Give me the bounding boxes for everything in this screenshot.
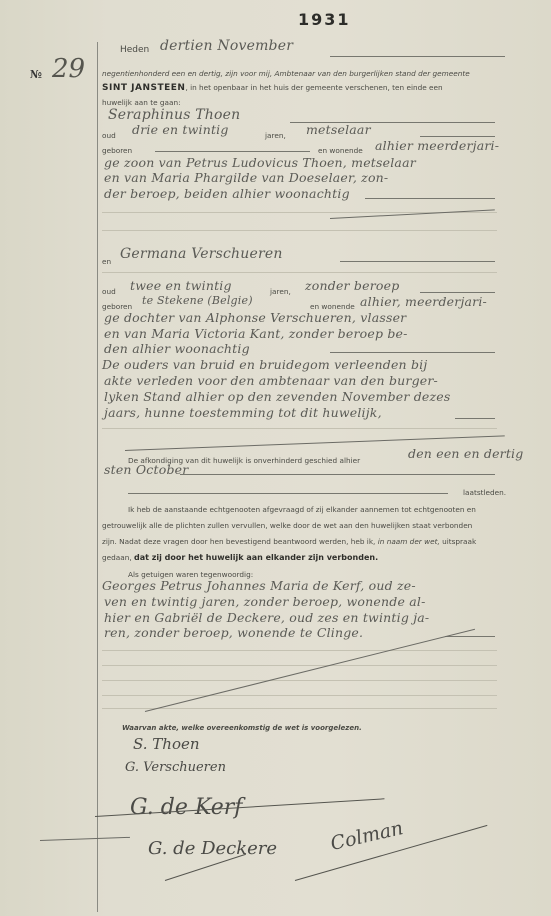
fill-line — [180, 474, 495, 475]
groom-jaren-label: jaren, — [265, 131, 286, 140]
header-line-2: SINT JANSTEEN, in het openbaar in het hu… — [102, 83, 443, 93]
bride-oud-label: oud — [102, 287, 116, 296]
bride-jaren-label: jaren, — [270, 287, 291, 296]
consent-line-2: akte verleden voor den ambtenaar van den… — [104, 373, 438, 388]
fill-line — [420, 292, 495, 293]
declaration-line-4-bold: dat zij door het huwelijk aan elkander z… — [134, 553, 378, 562]
fill-line — [128, 493, 448, 494]
date-handwritten: dertien November — [160, 38, 293, 54]
groom-oud-label: oud — [102, 131, 116, 140]
act-number-value: 29 — [52, 54, 85, 84]
declaration-line-3-italic: in naam der wet, — [378, 537, 440, 546]
consent-line-4: jaars, hunne toestemming tot dit huwelij… — [104, 405, 382, 420]
fill-line — [330, 56, 505, 57]
consent-line-3: lyken Stand alhier op den zevenden Novem… — [104, 389, 451, 404]
groom-wonende-label: en wonende — [318, 146, 363, 155]
fill-line — [330, 352, 495, 353]
declaration-line-3: zijn. Nadat deze vragen door hen bevesti… — [102, 537, 476, 546]
laatstleden-label: laatstleden. — [463, 488, 506, 497]
witness-line-1: Georges Petrus Johannes Maria de Kerf, o… — [102, 578, 416, 593]
declaration-line-4a: gedaan, — [102, 553, 132, 562]
groom-residence-1: alhier meerderjari- — [375, 138, 499, 153]
groom-occupation: metselaar — [306, 122, 371, 137]
rule — [102, 650, 497, 651]
cancel-stroke — [145, 629, 475, 712]
bride-residence-4: den alhier woonachtig — [104, 341, 250, 356]
declaration-line-3b: uitspraak — [442, 537, 476, 546]
rule — [102, 665, 497, 666]
act-number: № 29 — [30, 66, 42, 82]
rule — [102, 230, 497, 231]
bride-en-label: en — [102, 257, 111, 266]
declaration-line-3a: zijn. Nadat deze vragen door hen bevesti… — [102, 537, 375, 546]
fill-line — [155, 151, 310, 152]
signature-registrar: Colman — [328, 817, 405, 855]
municipality-name: SINT JANSTEEN — [102, 83, 185, 93]
rule — [102, 272, 497, 273]
groom-age: drie en twintig — [132, 122, 229, 137]
bride-residence-3: en van Maria Victoria Kant, zonder beroe… — [104, 326, 408, 341]
margin-rule — [97, 42, 98, 912]
declaration-line-2: getrouwelijk alle de plichten zullen ver… — [102, 521, 472, 530]
closing-statement: Waarvan akte, welke overeenkomstig de we… — [122, 724, 362, 732]
signature-witness-2: G. de Deckere — [148, 838, 277, 859]
declaration-line-1: Ik heb de aanstaande echtgenooten afgevr… — [128, 505, 476, 514]
record-year: 1931 — [298, 10, 351, 29]
rule — [102, 680, 497, 681]
rule — [102, 428, 497, 429]
bride-name: Germana Verschueren — [120, 246, 283, 262]
fill-line — [420, 136, 495, 137]
margin-stroke — [40, 837, 130, 841]
header-line-3: huwelijk aan te gaan: — [102, 98, 181, 107]
groom-geboren-label: geboren — [102, 146, 132, 155]
rule — [102, 695, 497, 696]
proclamation-date-1: den een en dertig — [408, 446, 523, 461]
witness-line-2: ven en twintig jaren, zonder beroep, won… — [104, 594, 426, 609]
marriage-record-page: 1931 № 29 Heden dertien November negenti… — [0, 0, 551, 916]
bride-occupation: zonder beroep — [305, 278, 399, 293]
header-line-2-rest: , in het openbaar in het huis der gemeen… — [185, 83, 442, 92]
bride-residence-1: alhier, meerderjari- — [360, 294, 487, 309]
bride-birthplace: te Stekene (Belgie) — [142, 294, 253, 307]
heden-label: Heden — [120, 45, 149, 55]
groom-residence-4: der beroep, beiden alhier woonachtig — [104, 186, 350, 201]
act-number-label: № — [30, 68, 42, 81]
groom-residence-3: en van Maria Phargilde van Doeselaer, zo… — [104, 170, 388, 185]
declaration-line-4: gedaan, dat zij door het huwelijk aan el… — [102, 553, 378, 562]
proclamation-date-2: sten October — [104, 462, 188, 477]
groom-name: Seraphinus Thoen — [108, 107, 240, 123]
bride-residence-2: ge dochter van Alphonse Verschueren, vla… — [104, 310, 406, 325]
cancel-stroke — [330, 209, 495, 219]
witness-line-3: hier en Gabriël de Deckere, oud zes en t… — [104, 610, 429, 625]
fill-line — [445, 636, 495, 637]
consent-line-1: De ouders van bruid en bruidegom verleen… — [102, 357, 427, 372]
fill-line — [455, 418, 495, 419]
fill-line — [365, 198, 495, 199]
bride-age: twee en twintig — [130, 278, 232, 293]
header-line-1: negentienhonderd een en dertig, zijn voo… — [102, 69, 470, 78]
rule — [102, 708, 497, 709]
witness-line-4: ren, zonder beroep, wonende te Clinge. — [104, 625, 363, 640]
groom-residence-2: ge zoon van Petrus Ludovicus Thoen, mets… — [104, 155, 416, 170]
signature-bride: G. Verschueren — [125, 760, 226, 775]
fill-line — [340, 261, 495, 262]
signature-groom: S. Thoen — [133, 735, 200, 753]
